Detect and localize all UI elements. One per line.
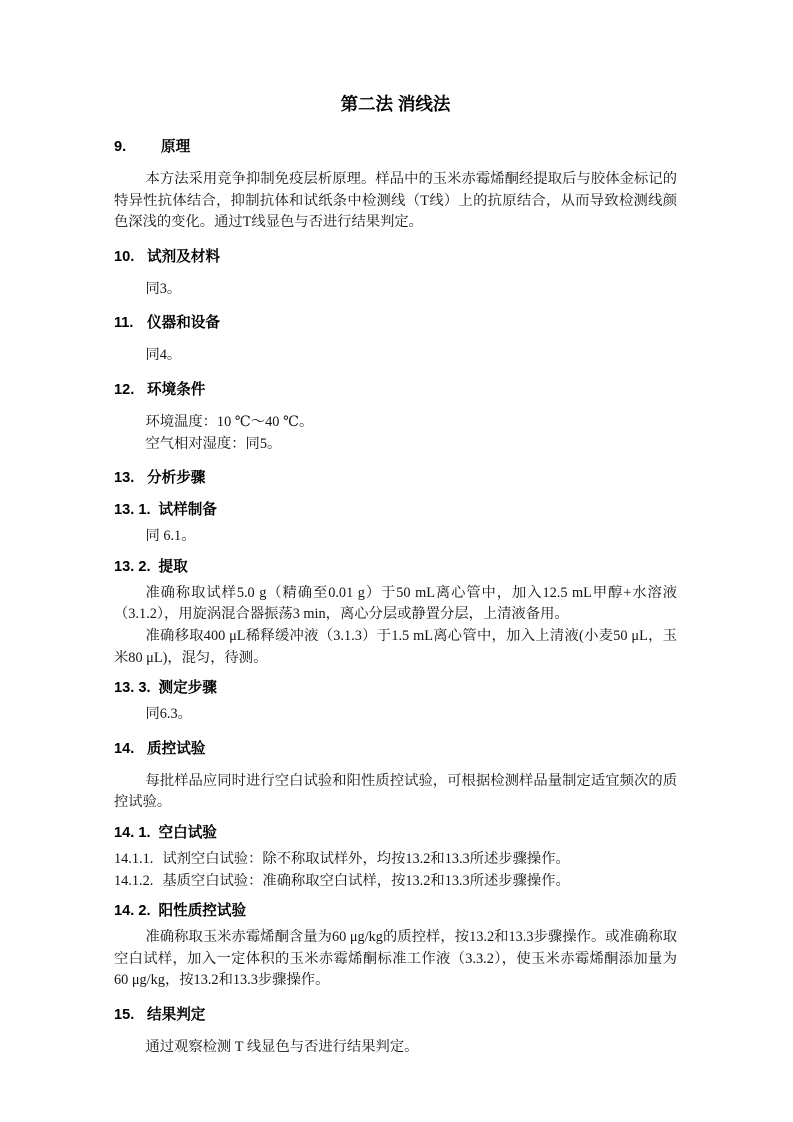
paragraph-determination-ref: 同6.3。 bbox=[114, 704, 677, 726]
heading-13-2-extraction: 13. 2. 提取 bbox=[114, 557, 677, 578]
heading-14-1-blank-test: 14. 1. 空白试验 bbox=[114, 823, 677, 844]
paragraph-extraction-2: 准确移取400 μL稀释缓冲液（3.1.3）于1.5 mL离心管中，加入上清液(… bbox=[114, 626, 677, 669]
heading-9-principle: 9. 原理 bbox=[114, 137, 677, 158]
heading-number: 14. bbox=[114, 739, 147, 760]
heading-13-3-determination: 13. 3. 测定步骤 bbox=[114, 678, 677, 699]
heading-13-procedure: 13. 分析步骤 bbox=[114, 468, 677, 489]
paragraph-quality-control: 每批样品应同时进行空白试验和阳性质控试验，可根据检测样品量制定适宜频次的质控试验… bbox=[114, 771, 677, 814]
paragraph-result-judgement: 通过观察检测 T 线显色与否进行结果判定。 bbox=[114, 1037, 677, 1059]
paragraph-principle: 本方法采用竞争抑制免疫层析原理。样品中的玉米赤霉烯酮经提取后与胶体金标记的特异性… bbox=[114, 169, 677, 234]
line-temperature: 环境温度：10 ℃～40 ℃。 bbox=[114, 412, 677, 434]
heading-number: 13. 2. bbox=[114, 557, 151, 578]
heading-label: 原理 bbox=[161, 137, 190, 158]
paragraph-apparatus-ref: 同4。 bbox=[114, 345, 677, 367]
heading-label: 阳性质控试验 bbox=[159, 901, 247, 922]
item-text: 基质空白试验：准确称取空白试样，按13.2和13.3所述步骤操作。 bbox=[162, 871, 569, 893]
heading-12-environment: 12. 环境条件 bbox=[114, 380, 677, 401]
item-number: 14.1.1. bbox=[114, 849, 153, 871]
item-reagent-blank: 14.1.1. 试剂空白试验：除不称取试样外，均按13.2和13.3所述步骤操作… bbox=[114, 849, 677, 871]
paragraph-positive-control: 准确称取玉米赤霉烯酮含量为60 μg/kg的质控样，按13.2和13.3步骤操作… bbox=[114, 927, 677, 992]
item-number: 14.1.2. bbox=[114, 871, 153, 893]
heading-number: 11. bbox=[114, 313, 147, 334]
paragraph-reagents-ref: 同3。 bbox=[114, 279, 677, 301]
heading-14-2-positive-control: 14. 2. 阳性质控试验 bbox=[114, 901, 677, 922]
item-text: 试剂空白试验：除不称取试样外，均按13.2和13.3所述步骤操作。 bbox=[162, 849, 569, 871]
heading-label: 测定步骤 bbox=[159, 678, 217, 699]
heading-label: 质控试验 bbox=[147, 739, 205, 760]
heading-number: 13. 3. bbox=[114, 678, 151, 699]
heading-10-reagents: 10. 试剂及材料 bbox=[114, 247, 677, 268]
heading-15-result-judgement: 15. 结果判定 bbox=[114, 1005, 677, 1026]
heading-label: 空白试验 bbox=[159, 823, 217, 844]
heading-label: 仪器和设备 bbox=[147, 313, 220, 334]
line-humidity: 空气相对湿度：同5。 bbox=[114, 434, 677, 456]
heading-label: 分析步骤 bbox=[147, 468, 205, 489]
item-matrix-blank: 14.1.2. 基质空白试验：准确称取空白试样，按13.2和13.3所述步骤操作… bbox=[114, 871, 677, 893]
heading-label: 试样制备 bbox=[159, 500, 217, 521]
paragraph-sample-prep-ref: 同 6.1。 bbox=[114, 526, 677, 548]
page-title: 第二法 消线法 bbox=[114, 92, 677, 117]
paragraph-extraction-1: 准确称取试样5.0 g（精确至0.01 g）于50 mL离心管中，加入12.5 … bbox=[114, 583, 677, 626]
heading-14-quality-control: 14. 质控试验 bbox=[114, 739, 677, 760]
heading-label: 试剂及材料 bbox=[147, 247, 220, 268]
heading-13-1-sample-prep: 13. 1. 试样制备 bbox=[114, 500, 677, 521]
heading-number: 14. 1. bbox=[114, 823, 151, 844]
heading-label: 环境条件 bbox=[147, 380, 205, 401]
heading-number: 15. bbox=[114, 1005, 147, 1026]
heading-number: 9. bbox=[114, 137, 161, 158]
document-page: 第二法 消线法 9. 原理 本方法采用竞争抑制免疫层析原理。样品中的玉米赤霉烯酮… bbox=[0, 0, 793, 1122]
heading-11-apparatus: 11. 仪器和设备 bbox=[114, 313, 677, 334]
heading-label: 提取 bbox=[159, 557, 188, 578]
heading-label: 结果判定 bbox=[147, 1005, 205, 1026]
heading-number: 12. bbox=[114, 380, 147, 401]
heading-number: 13. bbox=[114, 468, 147, 489]
heading-number: 10. bbox=[114, 247, 147, 268]
heading-number: 13. 1. bbox=[114, 500, 151, 521]
heading-number: 14. 2. bbox=[114, 901, 151, 922]
